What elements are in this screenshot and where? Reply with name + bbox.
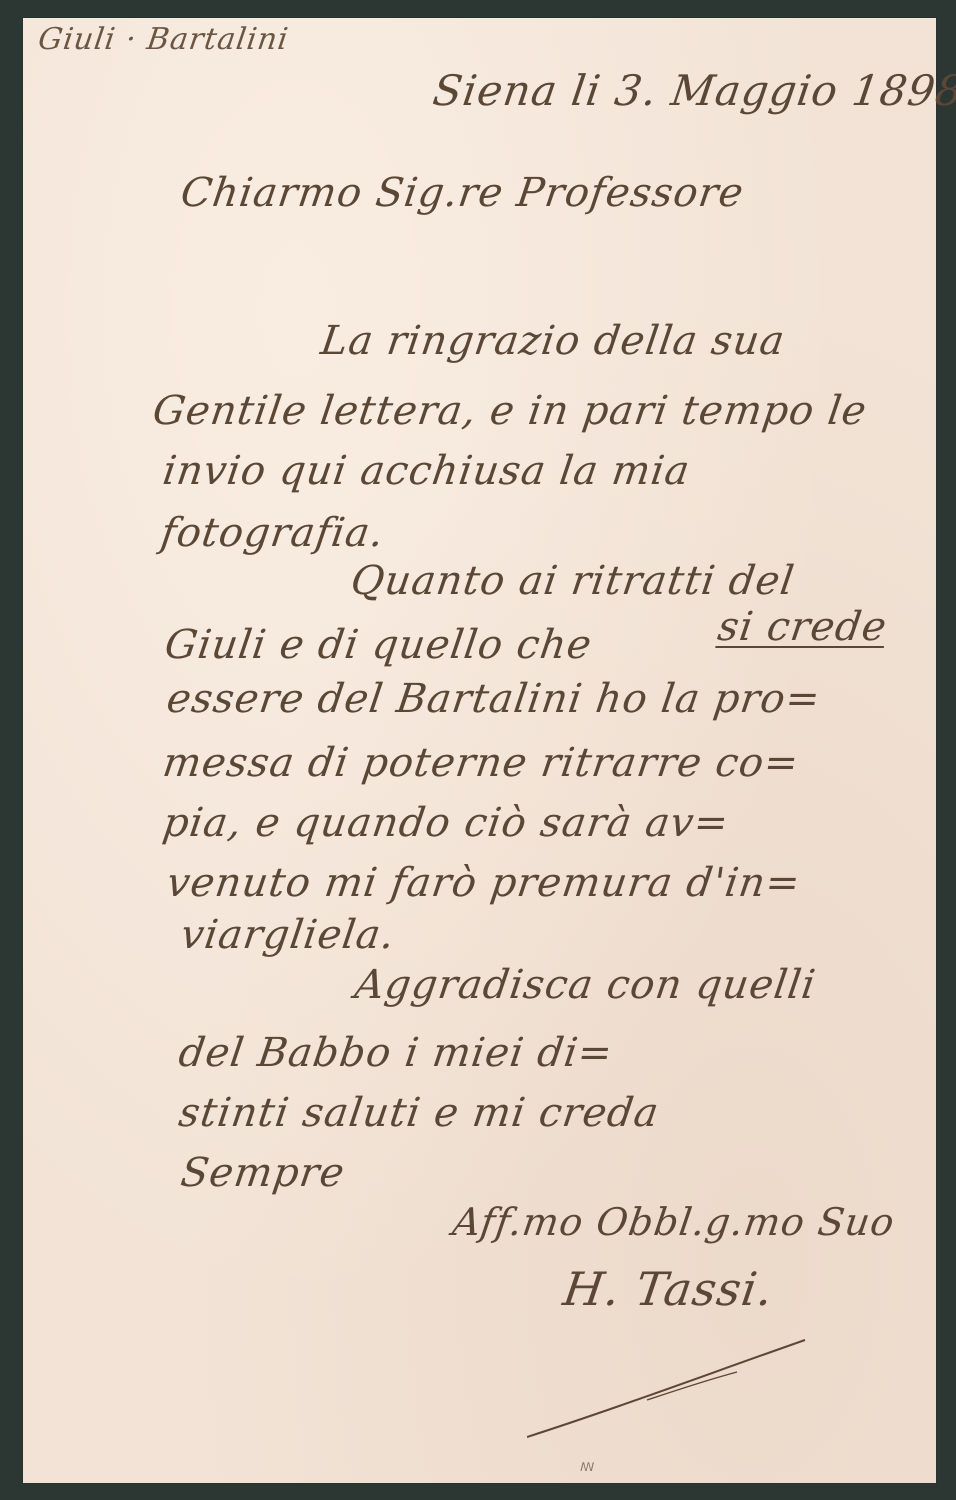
body-line: La ringrazio della sua <box>318 318 788 364</box>
signature-flourish <box>527 1338 807 1438</box>
body-line: venuto mi farò premura d'in= <box>164 860 804 906</box>
body-line: pia, e quando ciò sarà av= <box>160 800 732 846</box>
body-line: Sempre <box>178 1150 348 1196</box>
archival-annotation: Giuli · Bartalini <box>36 22 291 57</box>
body-line: del Babbo i miei di= <box>176 1030 616 1076</box>
dateline: Siena li 3. Maggio 1898. <box>430 66 956 115</box>
body-line: Aggradisca con quelli <box>352 962 819 1008</box>
signature: H. Tassi. <box>560 1262 777 1316</box>
archive-stamp-mark: ꟿ <box>580 1460 593 1474</box>
salutation: Chiarmo Sig.re Professore <box>178 170 747 216</box>
body-line: essere del Bartalini ho la pro= <box>164 676 824 722</box>
body-line: messa di poterne ritrarre co= <box>160 740 802 786</box>
body-line: Quanto ai ritratti del <box>348 558 798 604</box>
body-line: viargliela. <box>178 912 398 958</box>
body-line: Gentile lettera, e in pari tempo le <box>150 388 870 434</box>
underlined-phrase: si crede <box>715 604 890 650</box>
closing: Aff.mo Obbl.g.mo Suo <box>450 1200 898 1244</box>
body-line: fotografia. <box>158 510 387 556</box>
body-line: stinti saluti e mi creda <box>176 1090 662 1136</box>
body-line: Giuli e di quello che <box>162 622 595 668</box>
body-line: invio qui acchiusa la mia <box>160 448 693 494</box>
